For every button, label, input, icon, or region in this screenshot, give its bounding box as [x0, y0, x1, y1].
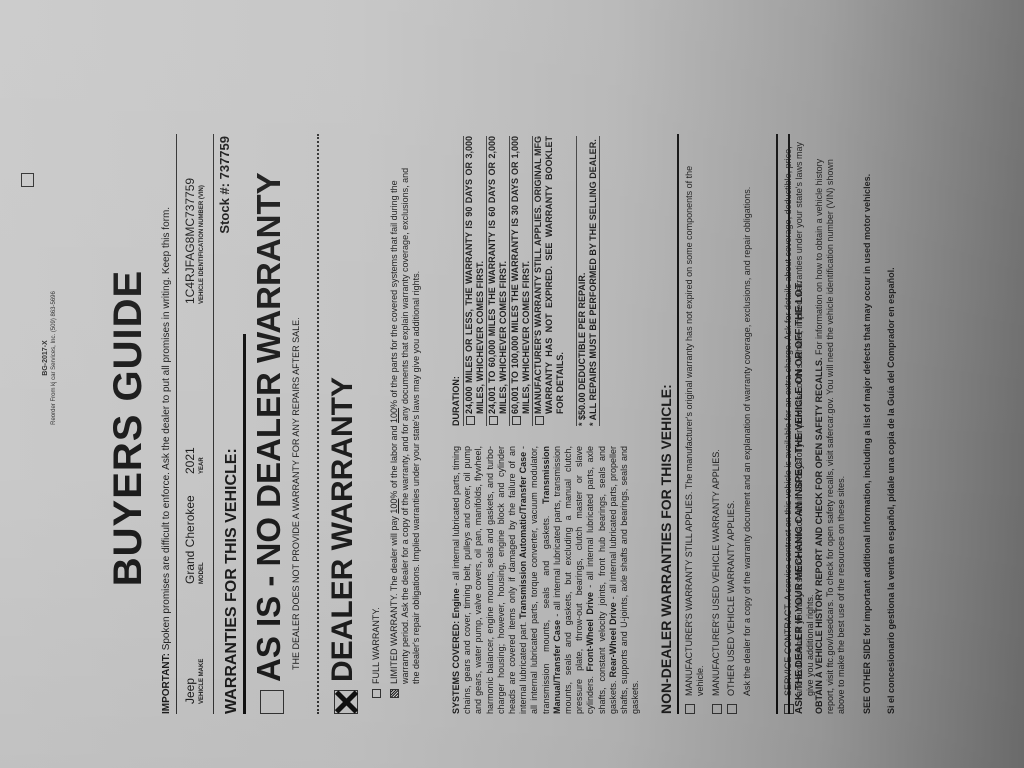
vehicle-model: Grand Cherokee: [183, 495, 197, 584]
spanish-note: Si el concesionario gestiona la venta en…: [886, 134, 896, 714]
service-contract-divider: [776, 134, 778, 714]
vehicle-year-label: YEAR: [199, 447, 205, 474]
vehicle-make-field: Jeep VEHICLE MAKE: [183, 659, 205, 704]
as-is-subtitle: THE DEALER DOES NOT PROVIDE A WARRANTY F…: [291, 317, 301, 670]
duration-checkbox[interactable]: [512, 416, 521, 425]
dotted-divider: [317, 134, 319, 714]
duration-text: 60,001 TO 100,000 MILES THE WARRANTY IS …: [510, 136, 531, 414]
as-is-checkbox[interactable]: [260, 690, 284, 714]
duration-option: 24,001 TO 60,000 MILES THE WARRANTY IS 6…: [486, 136, 509, 426]
other-warranty-checkbox[interactable]: [727, 704, 737, 714]
duration-note: * ALL REPAIRS MUST BE PERFORMED BY THE S…: [588, 136, 599, 426]
non-dealer-item-other: OTHER USED VEHICLE WARRANTY APPLIES.: [726, 136, 737, 714]
footer-divider: [788, 134, 790, 714]
non-dealer-label: MANUFACTURER'S WARRANTY STILL APPLIES.: [684, 492, 694, 696]
duration-text: 24,001 TO 60,000 MILES THE WARRANTY IS 6…: [487, 136, 508, 414]
systems-covered-label: SYSTEMS COVERED:: [451, 621, 461, 714]
stock-label: Stock #:: [217, 183, 232, 234]
duration-checkbox[interactable]: [535, 416, 544, 425]
duration-text: MANUFACTURER'S WARRANTY STILL APPLIES. O…: [533, 136, 565, 414]
systems-covered-list: Engine - all internal lubricated parts, …: [451, 446, 640, 714]
vehicle-year-field: 2021 YEAR: [183, 447, 205, 474]
duration-options: 24,000 MILES OR LESS, THE WARRANTY IS 90…: [463, 136, 566, 426]
duration-section: DURATION: 24,000 MILES OR LESS, THE WARR…: [451, 136, 600, 426]
system-name: Transmission Automatic/Transfer Case: [518, 452, 528, 619]
full-warranty-label: FULL WARRANTY.: [371, 607, 381, 684]
vehicle-vin-field: 1C4RJFAG8MC737759 VEHICLE IDENTIFICATION…: [183, 178, 205, 304]
duration-text: 24,000 MILES OR LESS, THE WARRANTY IS 90…: [464, 136, 485, 414]
non-dealer-ask-note: Ask the dealer for a copy of the warrant…: [742, 136, 753, 714]
system-name: Engine: [451, 588, 461, 618]
buyers-guide-footer: ASK THE DEALER IF YOUR MECHANIC CAN INSP…: [788, 128, 928, 728]
non-dealer-label: MANUFACTURER'S USED VEHICLE WARRANTY APP…: [711, 449, 721, 696]
duration-notes: * $50.00 DEDUCTIBLE PER REPAIR.* ALL REP…: [576, 136, 600, 426]
full-warranty-checkbox[interactable]: [372, 689, 381, 698]
warranties-heading: WARRANTIES FOR THIS VEHICLE:: [223, 334, 246, 714]
as-is-title: AS IS - NO DEALER WARRANTY: [250, 172, 288, 682]
see-other-side: SEE OTHER SIDE for important additional …: [862, 154, 873, 714]
reorder-line: Reorder From kj car Services, Inc. (509)…: [51, 291, 57, 425]
duration-note: * $50.00 DEDUCTIBLE PER REPAIR.: [577, 136, 588, 426]
vehicle-year: 2021: [183, 447, 197, 474]
vehicle-make: Jeep: [183, 678, 197, 704]
non-dealer-item-used-vehicle: MANUFACTURER'S USED VEHICLE WARRANTY APP…: [711, 136, 722, 714]
duration-option: 60,001 TO 100,000 MILES THE WARRANTY IS …: [509, 136, 532, 426]
buyers-guide-form: BG-2017-X Reorder From kj car Services, …: [38, 128, 848, 728]
important-label: IMPORTANT:: [161, 653, 172, 714]
history-report: OBTAIN A VEHICLE HISTORY REPORT AND CHEC…: [814, 154, 847, 714]
dealer-warranty-title: DEALER WARRANTY: [326, 377, 360, 682]
manufacturer-warranty-checkbox[interactable]: [685, 704, 695, 714]
non-dealer-item-manufacturer: MANUFACTURER'S WARRANTY STILL APPLIES. T…: [684, 136, 706, 714]
dealer-warranty-checkbox[interactable]: [334, 690, 358, 714]
vehicle-vin-label: VEHICLE IDENTIFICATION NUMBER (VIN): [199, 178, 205, 304]
vehicle-model-label: MODEL: [199, 495, 205, 584]
non-dealer-heading: NON-DEALER WARRANTIES FOR THIS VEHICLE:: [658, 134, 679, 714]
stock-value: 737759: [217, 136, 232, 179]
system-description: - all internal lubricated parts, timing …: [451, 446, 528, 714]
used-vehicle-warranty-checkbox[interactable]: [712, 704, 722, 714]
important-text: Spoken promises are difficult to enforce…: [161, 207, 172, 650]
vehicle-info-row: Jeep VEHICLE MAKE Grand Cherokee MODEL 2…: [183, 134, 214, 714]
system-name: Rear-Wheel Drive: [608, 602, 618, 677]
vehicle-vin: 1C4RJFAG8MC737759: [183, 178, 197, 304]
stock-number: Stock #: 737759: [217, 136, 232, 234]
duration-checkbox[interactable]: [466, 416, 475, 425]
duration-checkbox[interactable]: [489, 416, 498, 425]
labor-percent: 100: [389, 499, 399, 514]
duration-option: MANUFACTURER'S WARRANTY STILL APPLIES. O…: [532, 136, 566, 426]
limited-text-2: % of the labor and: [389, 426, 399, 499]
form-code: BG-2017-X Reorder From kj car Services, …: [42, 188, 58, 528]
limited-text-1: LIMITED WARRANTY. The dealer will pay: [389, 516, 399, 684]
vehicle-make-label: VEHICLE MAKE: [199, 659, 205, 704]
duration-option: 24,000 MILES OR LESS, THE WARRANTY IS 90…: [463, 136, 486, 426]
duration-label: DURATION:: [451, 136, 461, 426]
limited-warranty-checkbox[interactable]: [390, 689, 399, 698]
non-dealer-label: OTHER USED VEHICLE WARRANTY APPLIES.: [726, 500, 736, 696]
vehicle-model-field: Grand Cherokee MODEL: [183, 495, 205, 584]
limited-warranty-text: LIMITED WARRANTY. The dealer will pay 10…: [389, 154, 422, 684]
page-title: BUYERS GUIDE: [106, 128, 151, 728]
important-notice: IMPORTANT: Spoken promises are difficult…: [161, 134, 177, 714]
history-bold: OBTAIN A VEHICLE HISTORY REPORT AND CHEC…: [814, 357, 824, 714]
systems-covered: SYSTEMS COVERED: Engine - all internal l…: [451, 446, 641, 714]
form-code-number: BG-2017-X: [42, 340, 49, 375]
inspect-heading: ASK THE DEALER IF YOUR MECHANIC CAN INSP…: [794, 134, 805, 714]
parts-percent: 100: [389, 408, 399, 423]
system-name: Front-Wheel Drive: [585, 592, 595, 671]
corner-checkbox: [21, 173, 34, 187]
